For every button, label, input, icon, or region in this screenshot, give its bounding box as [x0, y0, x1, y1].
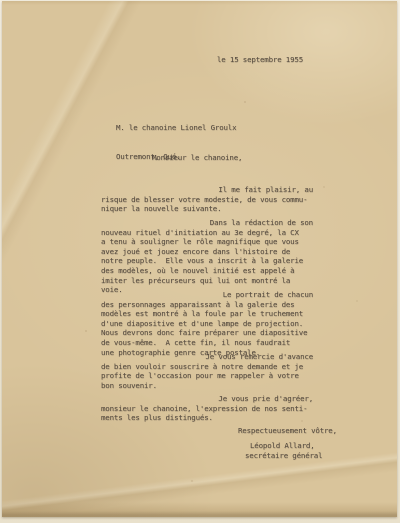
letter-line: a tenu à souligner le rôle magnifique qu… — [101, 237, 313, 247]
letter-line: notre peuple. Elle vous a inscrit à la g… — [101, 256, 313, 266]
recipient-address: M. le chanoine Lionel Groulx Outremont, … — [116, 104, 236, 181]
letter-line: Il me fait plaisir, au — [101, 185, 313, 195]
letter-line: nouveau rituel d'initiation au 3e degré,… — [101, 228, 313, 238]
scan-background: le 15 septembre 1955 M. le chanoine Lion… — [0, 0, 400, 523]
letter-line: bon souvenir. — [101, 381, 313, 391]
paragraph-2: Dans la rédaction de son nouveau rituel … — [101, 218, 313, 295]
closing-line: Respectueusement vôtre, — [238, 426, 337, 436]
letter-line: avez joué et jouez encore dans l'histoir… — [101, 247, 313, 257]
letter-line: de bien vouloir souscrire à notre demand… — [101, 362, 313, 372]
letter-line: profite de l'occasion pour me rappeler à… — [101, 371, 313, 381]
paragraph-3: Le portrait de chacun des personnages ap… — [101, 290, 313, 357]
letter-line: de vous-même. A cette fin, il nous faudr… — [101, 338, 313, 348]
paragraph-4: Je vous remercie d'avance de bien vouloi… — [101, 352, 313, 390]
letter-line: Je vous prie d'agréer, — [101, 394, 313, 404]
letter-line: d'une diapositive et d'une lampe de proj… — [101, 319, 313, 329]
paragraph-5: Je vous prie d'agréer, monsieur le chano… — [101, 394, 313, 423]
salutation: Monsieur le chanoine, — [152, 153, 242, 163]
letter-line: risque de blesser votre modestie, de vou… — [101, 195, 313, 205]
letter-line: Je vous remercie d'avance — [101, 352, 313, 362]
letter-line: imiter les précurseurs qui lui ont montr… — [101, 276, 313, 286]
letter-line: Dans la rédaction de son — [101, 218, 313, 228]
letter-line: niquer la nouvelle suivante. — [101, 204, 313, 214]
letter-line: Le portrait de chacun — [101, 290, 313, 300]
letter-line: Nous devrons donc faire préparer une dia… — [101, 328, 313, 338]
letter-line: monsieur le chanoine, l'expression de no… — [101, 404, 313, 414]
paragraph-1: Il me fait plaisir, au risque de blesser… — [101, 185, 313, 214]
signature-title: secrétaire général — [245, 451, 322, 461]
letter-paper: le 15 septembre 1955 M. le chanoine Lion… — [2, 1, 397, 517]
letter-line: des personnages apparaissant à la galeri… — [101, 300, 313, 310]
signature-name: Léopold Allard, — [250, 441, 315, 451]
letter-line: modèles est montré à la foule par le tru… — [101, 309, 313, 319]
date-line: le 15 septembre 1955 — [217, 55, 303, 65]
letter-line: des modèles, où le nouvel initié est app… — [101, 266, 313, 276]
letter-line: ments les plus distingués. — [101, 413, 313, 423]
recipient-name: M. le chanoine Lionel Groulx — [116, 123, 236, 133]
